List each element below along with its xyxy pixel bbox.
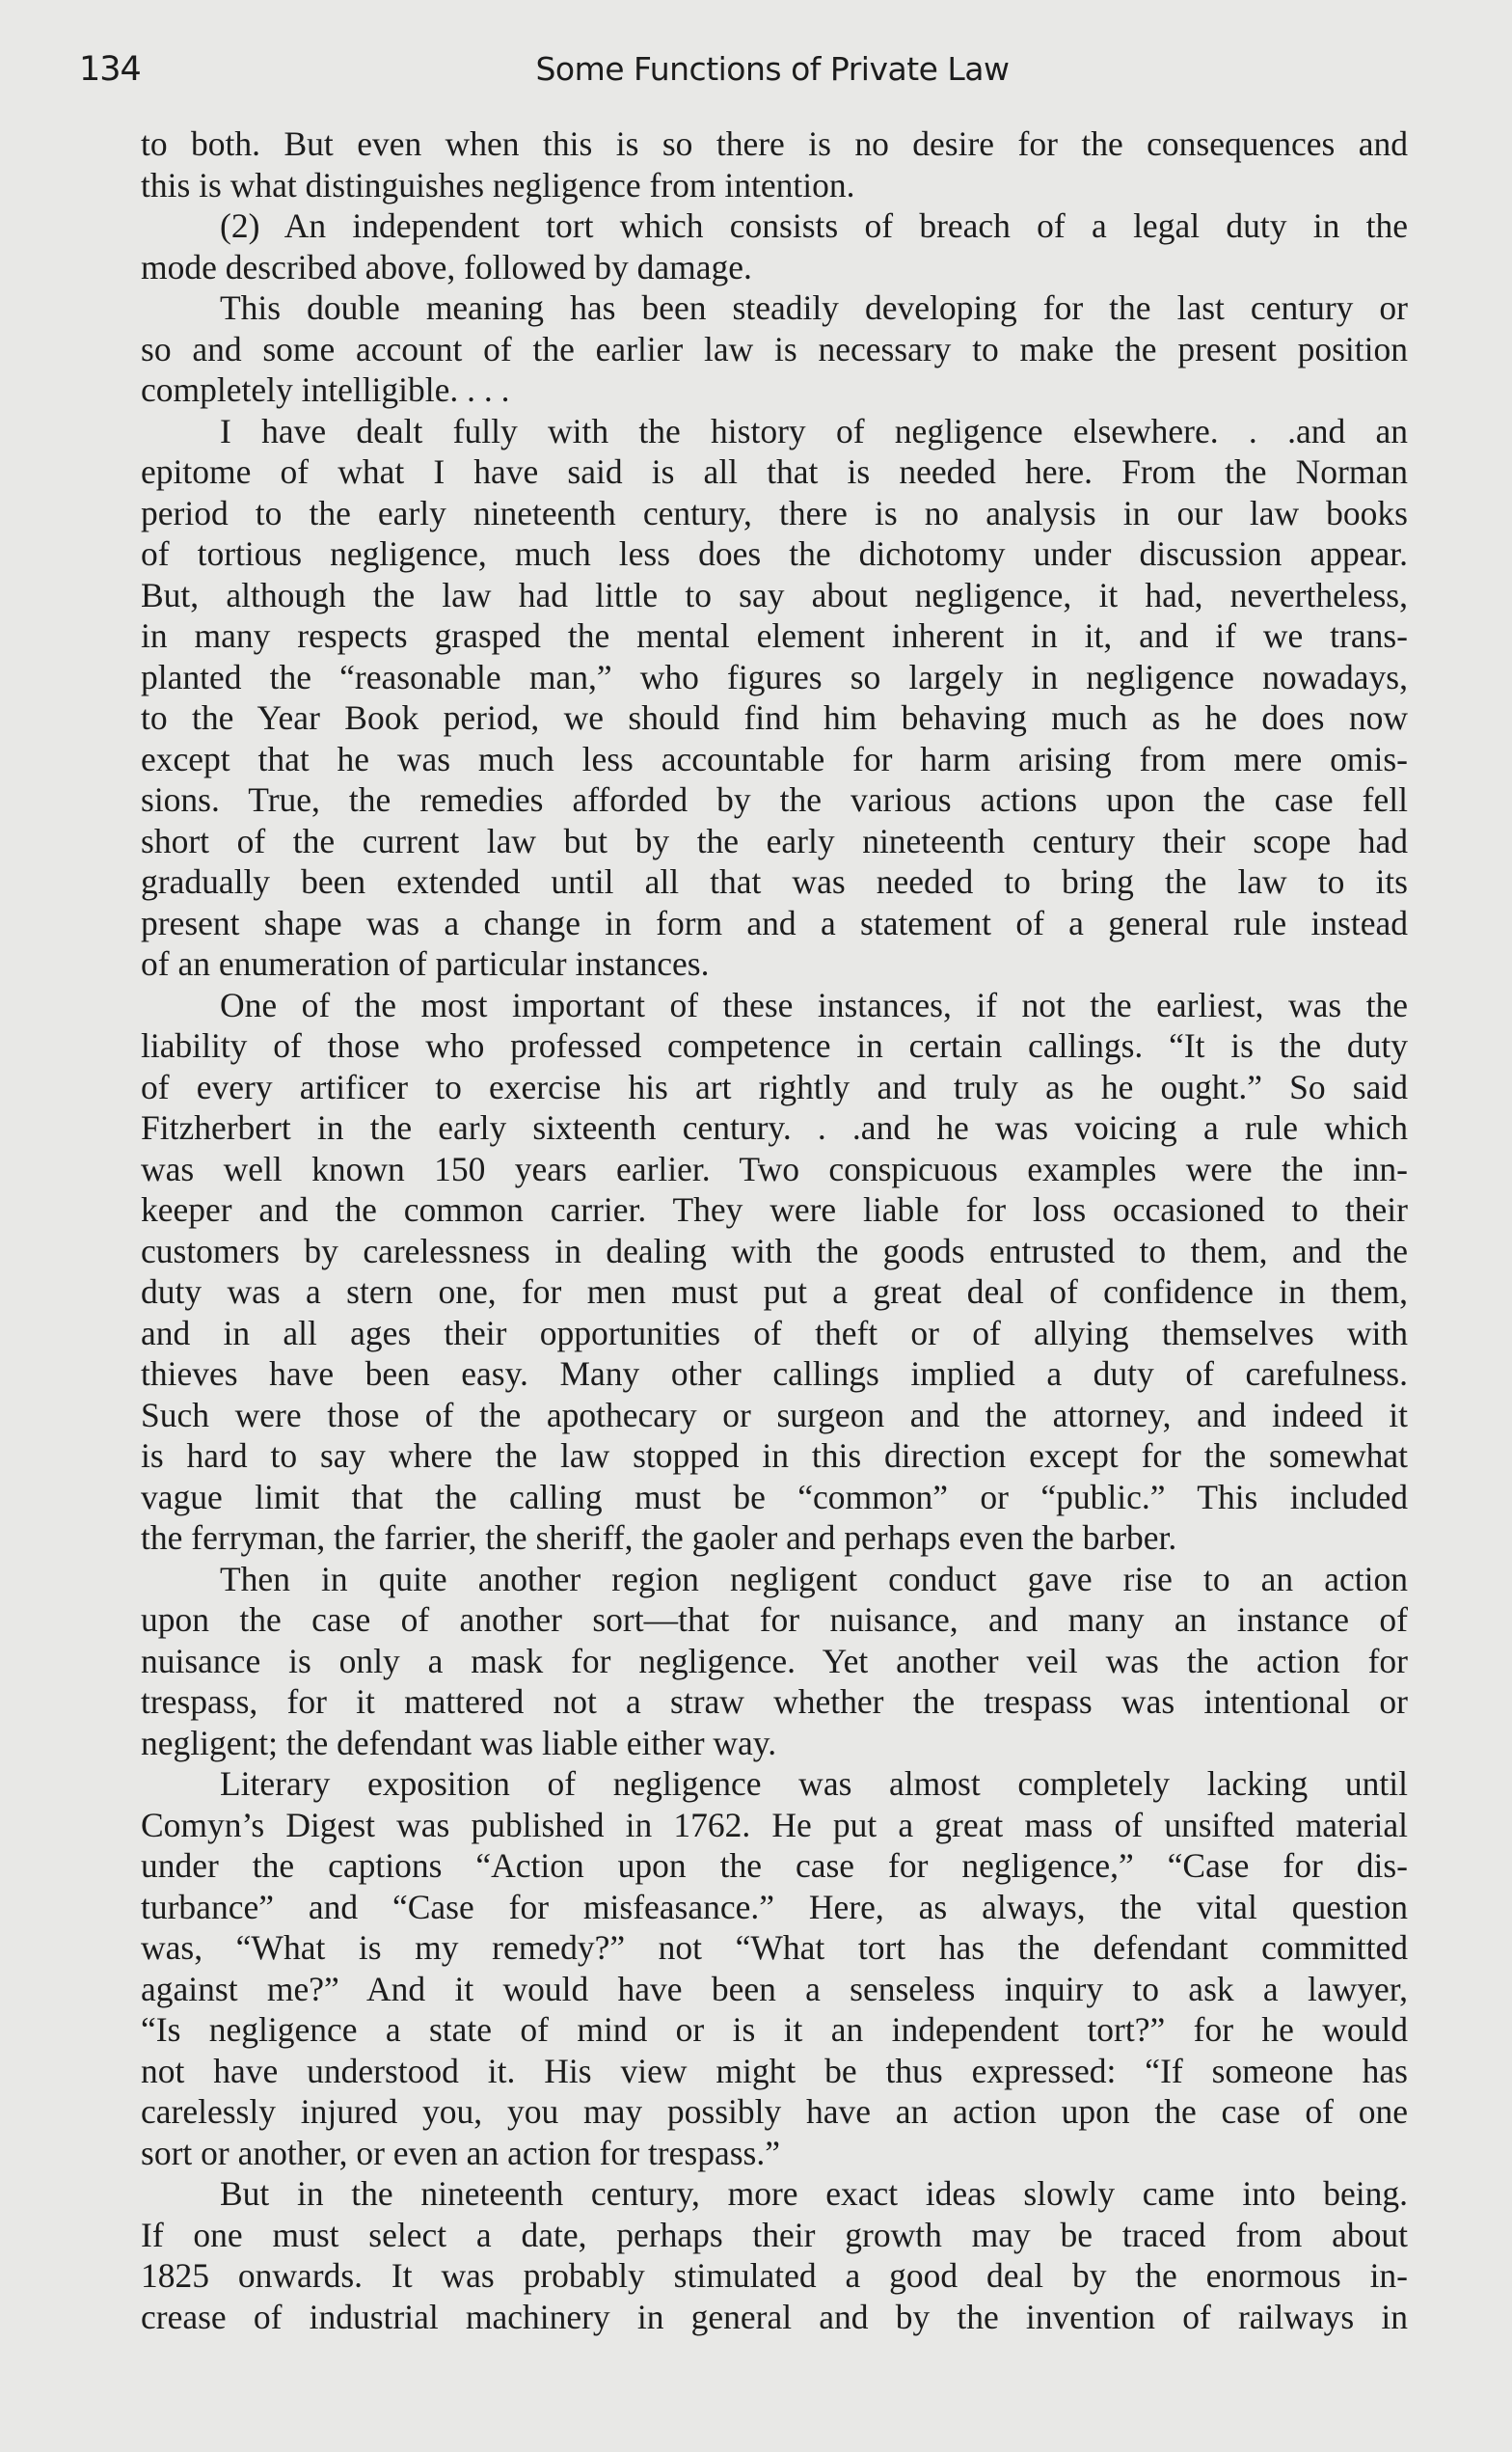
text-line: (2) An independent tort which consists o…: [141, 205, 1408, 247]
body-text: to both. But even when this is so there …: [141, 123, 1408, 2337]
text-line: 1825 onwards. It was probably stimulated…: [141, 2255, 1408, 2297]
text-line: If one must select a date, perhaps their…: [141, 2215, 1408, 2256]
text-line: crease of industrial machinery in genera…: [141, 2297, 1408, 2338]
text-line: completely intelligible. . . .: [141, 369, 1408, 411]
text-line: of tortious negligence, much less does t…: [141, 533, 1408, 575]
text-line: liability of those who professed compete…: [141, 1025, 1408, 1067]
paragraph: This double meaning has been steadily de…: [141, 287, 1408, 411]
text-line: Fitzherbert in the early sixteenth centu…: [141, 1107, 1408, 1149]
text-line: short of the current law but by the earl…: [141, 821, 1408, 862]
text-line: gradually been extended until all that w…: [141, 861, 1408, 903]
text-line: customers by carelessness in dealing wit…: [141, 1231, 1408, 1272]
text-line: of every artificer to exercise his art r…: [141, 1067, 1408, 1108]
text-line: and in all ages their opportunities of t…: [141, 1313, 1408, 1354]
text-line: But, although the law had little to say …: [141, 575, 1408, 616]
paragraph: I have dealt fully with the history of n…: [141, 411, 1408, 985]
text-line: carelessly injured you, you may possibly…: [141, 2091, 1408, 2133]
text-line: duty was a stern one, for men must put a…: [141, 1271, 1408, 1313]
paragraph: Then in quite another region negligent c…: [141, 1559, 1408, 1764]
text-line: trespass, for it mattered not a straw wh…: [141, 1681, 1408, 1723]
text-line: Literary exposition of negligence was al…: [141, 1763, 1408, 1805]
text-line: sort or another, or even an action for t…: [141, 2133, 1408, 2174]
text-line: Comyn’s Digest was published in 1762. He…: [141, 1805, 1408, 1846]
text-line: against me?” And it would have been a se…: [141, 1969, 1408, 2010]
text-line: the ferryman, the farrier, the sheriff, …: [141, 1517, 1408, 1559]
text-line: thieves have been easy. Many other calli…: [141, 1353, 1408, 1395]
paragraph: One of the most important of these insta…: [141, 985, 1408, 1559]
text-line: to the Year Book period, we should find …: [141, 697, 1408, 739]
text-line: One of the most important of these insta…: [141, 985, 1408, 1026]
paragraph: to both. But even when this is so there …: [141, 123, 1408, 205]
text-line: But in the nineteenth century, more exac…: [141, 2173, 1408, 2215]
text-line: Then in quite another region negligent c…: [141, 1559, 1408, 1600]
text-line: was well known 150 years earlier. Two co…: [141, 1149, 1408, 1190]
text-line: I have dealt fully with the history of n…: [141, 411, 1408, 452]
text-line: under the captions “Action upon the case…: [141, 1845, 1408, 1887]
paragraph: But in the nineteenth century, more exac…: [141, 2173, 1408, 2337]
text-line: to both. But even when this is so there …: [141, 123, 1408, 165]
text-line: turbance” and “Case for misfeasance.” He…: [141, 1887, 1408, 1928]
text-line: this is what distinguishes negligence fr…: [141, 165, 1408, 206]
text-line: present shape was a change in form and a…: [141, 903, 1408, 944]
paragraph: (2) An independent tort which consists o…: [141, 205, 1408, 287]
text-line: “Is negligence a state of mind or is it …: [141, 2009, 1408, 2051]
text-line: mode described above, followed by damage…: [141, 247, 1408, 288]
text-line: is hard to say where the law stopped in …: [141, 1435, 1408, 1477]
text-line: sions. True, the remedies afforded by th…: [141, 779, 1408, 821]
text-line: vague limit that the calling must be “co…: [141, 1477, 1408, 1518]
text-line: nuisance is only a mask for negligence. …: [141, 1641, 1408, 1682]
text-line: not have understood it. His view might b…: [141, 2051, 1408, 2092]
text-line: upon the case of another sort—that for n…: [141, 1599, 1408, 1641]
text-line: of an enumeration of particular instance…: [141, 943, 1408, 985]
text-line: keeper and the common carrier. They were…: [141, 1189, 1408, 1231]
text-line: so and some account of the earlier law i…: [141, 329, 1408, 370]
text-line: negligent; the defendant was liable eith…: [141, 1723, 1408, 1764]
text-line: Such were those of the apothecary or sur…: [141, 1395, 1408, 1436]
paragraph: Literary exposition of negligence was al…: [141, 1763, 1408, 2173]
text-line: except that he was much less accountable…: [141, 739, 1408, 780]
running-title: Some Functions of Private Law: [0, 50, 1512, 89]
text-line: epitome of what I have said is all that …: [141, 451, 1408, 493]
text-line: period to the early nineteenth century, …: [141, 493, 1408, 534]
text-line: planted the “reasonable man,” who figure…: [141, 657, 1408, 698]
text-line: in many respects grasped the mental elem…: [141, 615, 1408, 657]
text-line: This double meaning has been steadily de…: [141, 287, 1408, 329]
text-line: was, “What is my remedy?” not “What tort…: [141, 1927, 1408, 1969]
